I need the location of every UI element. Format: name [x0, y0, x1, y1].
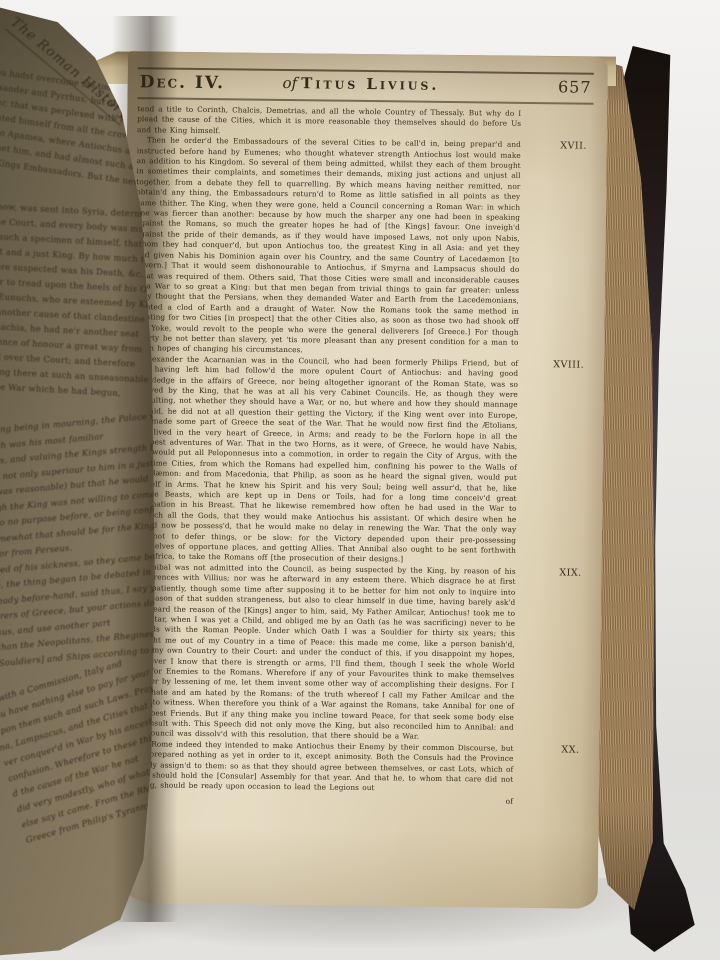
- paragraph-xvii: XVII. Then he order'd the Embassadours o…: [134, 135, 521, 358]
- page-header: Dec. IV. ofTitus Livius. 657: [137, 67, 593, 105]
- margin-numeral-xvii: XVII.: [560, 142, 587, 153]
- margin-numeral-xviii: XVIII.: [553, 360, 584, 371]
- gutter-shadow: [112, 16, 178, 922]
- paragraph-continuation: tend a title to Corinth, Chalcis, Demetr…: [137, 104, 521, 140]
- paragraph-text: At Rome indeed they intended to make Ant…: [129, 739, 514, 792]
- header-title-name: Titus Livius.: [301, 74, 440, 94]
- page-body-text: tend a title to Corinth, Chalcis, Demetr…: [129, 104, 521, 795]
- paragraph-text: Annibal was not admitted into the Counci…: [130, 562, 516, 741]
- paragraph-xviii: XVIII. Alexander the Acarnanian was in t…: [132, 354, 519, 567]
- margin-numeral-xix: XIX.: [559, 568, 581, 579]
- paragraph-xx: XX. At Rome indeed they intended to make…: [129, 739, 514, 796]
- paragraph-text: Then he order'd the Embassadours of the …: [134, 136, 521, 355]
- paragraph-text: Alexander the Acarnanian was in the Coun…: [132, 354, 518, 564]
- paragraph-text: tend a title to Corinth, Chalcis, Demetr…: [137, 104, 521, 135]
- page-number: 657: [558, 77, 592, 96]
- header-title: ofTitus Livius.: [282, 74, 439, 94]
- right-page: Dec. IV. ofTitus Livius. 657 tend a titl…: [118, 51, 608, 909]
- header-title-of: of: [282, 74, 297, 92]
- margin-numeral-xx: XX.: [561, 745, 579, 756]
- paragraph-xix: XIX. Annibal was not admitted into the C…: [130, 562, 516, 744]
